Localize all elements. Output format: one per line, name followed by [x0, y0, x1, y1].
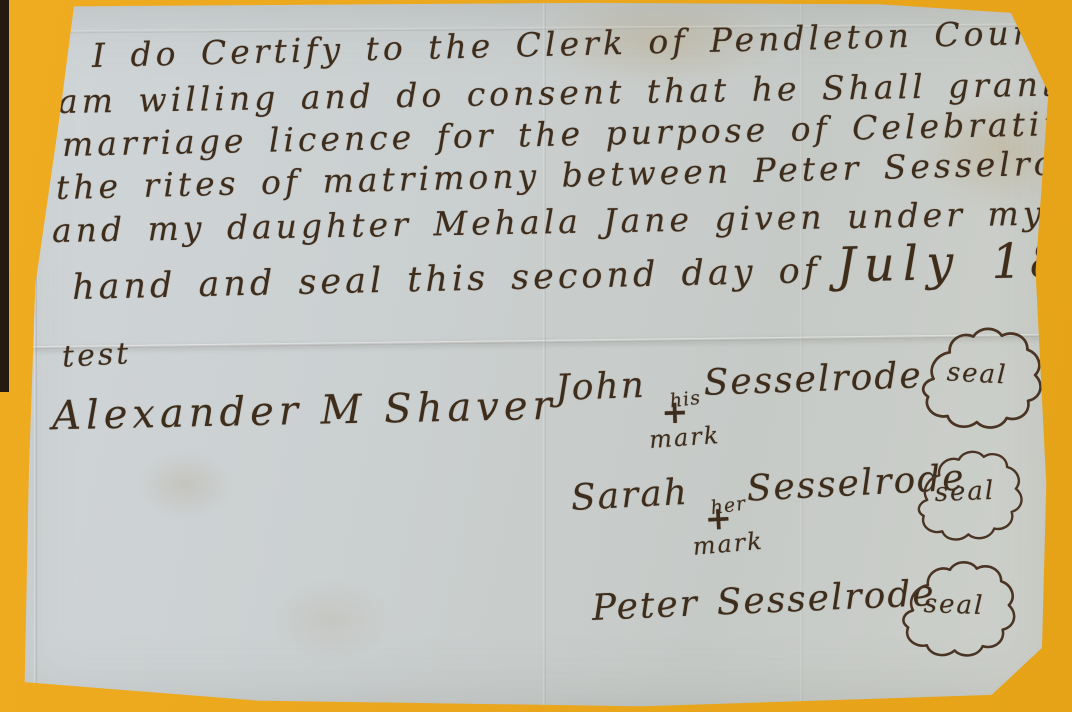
- seal-label: seal: [876, 553, 1031, 660]
- closing-text: hand and seal this second day of: [72, 251, 822, 308]
- signer-given-name: John: [555, 365, 647, 409]
- seal-stamp-peter: seal: [876, 553, 1031, 660]
- signature-row-john: John his + mark Sesselrode: [555, 355, 925, 446]
- document-paper: I do Certify to the Clerk of Pendleton C…: [0, 0, 1072, 712]
- mark-bottom-label: mark: [692, 527, 765, 561]
- body-line-1: I do Certify to the Clerk of Pendleton C…: [92, 8, 1072, 75]
- her-mark-annotation: her + mark: [681, 493, 758, 560]
- seal-label: seal: [903, 436, 1027, 552]
- signer-given-name: Peter: [591, 583, 700, 629]
- his-mark-annotation: his + mark: [638, 388, 714, 454]
- mark-top-label: her: [709, 492, 747, 519]
- mark-top-label: his: [669, 387, 703, 413]
- photo-background: I do Certify to the Clerk of Pendleton C…: [0, 0, 1072, 712]
- signer-surname: Sesselrode: [703, 355, 923, 404]
- seal-label: seal: [905, 318, 1048, 433]
- seal-stamp-john: seal: [905, 318, 1048, 433]
- date-text: July 1850: [836, 231, 1072, 294]
- signer-given-name: Sarah: [570, 472, 690, 519]
- photo-edge-shadow: [0, 0, 9, 392]
- seal-stamp-sarah: seal: [903, 436, 1027, 552]
- fold-crease-left: [34, 0, 37, 712]
- witness-signature: Alexander M Shaver: [52, 383, 558, 440]
- attestation-label: test: [61, 336, 132, 375]
- mark-bottom-label: mark: [648, 421, 721, 454]
